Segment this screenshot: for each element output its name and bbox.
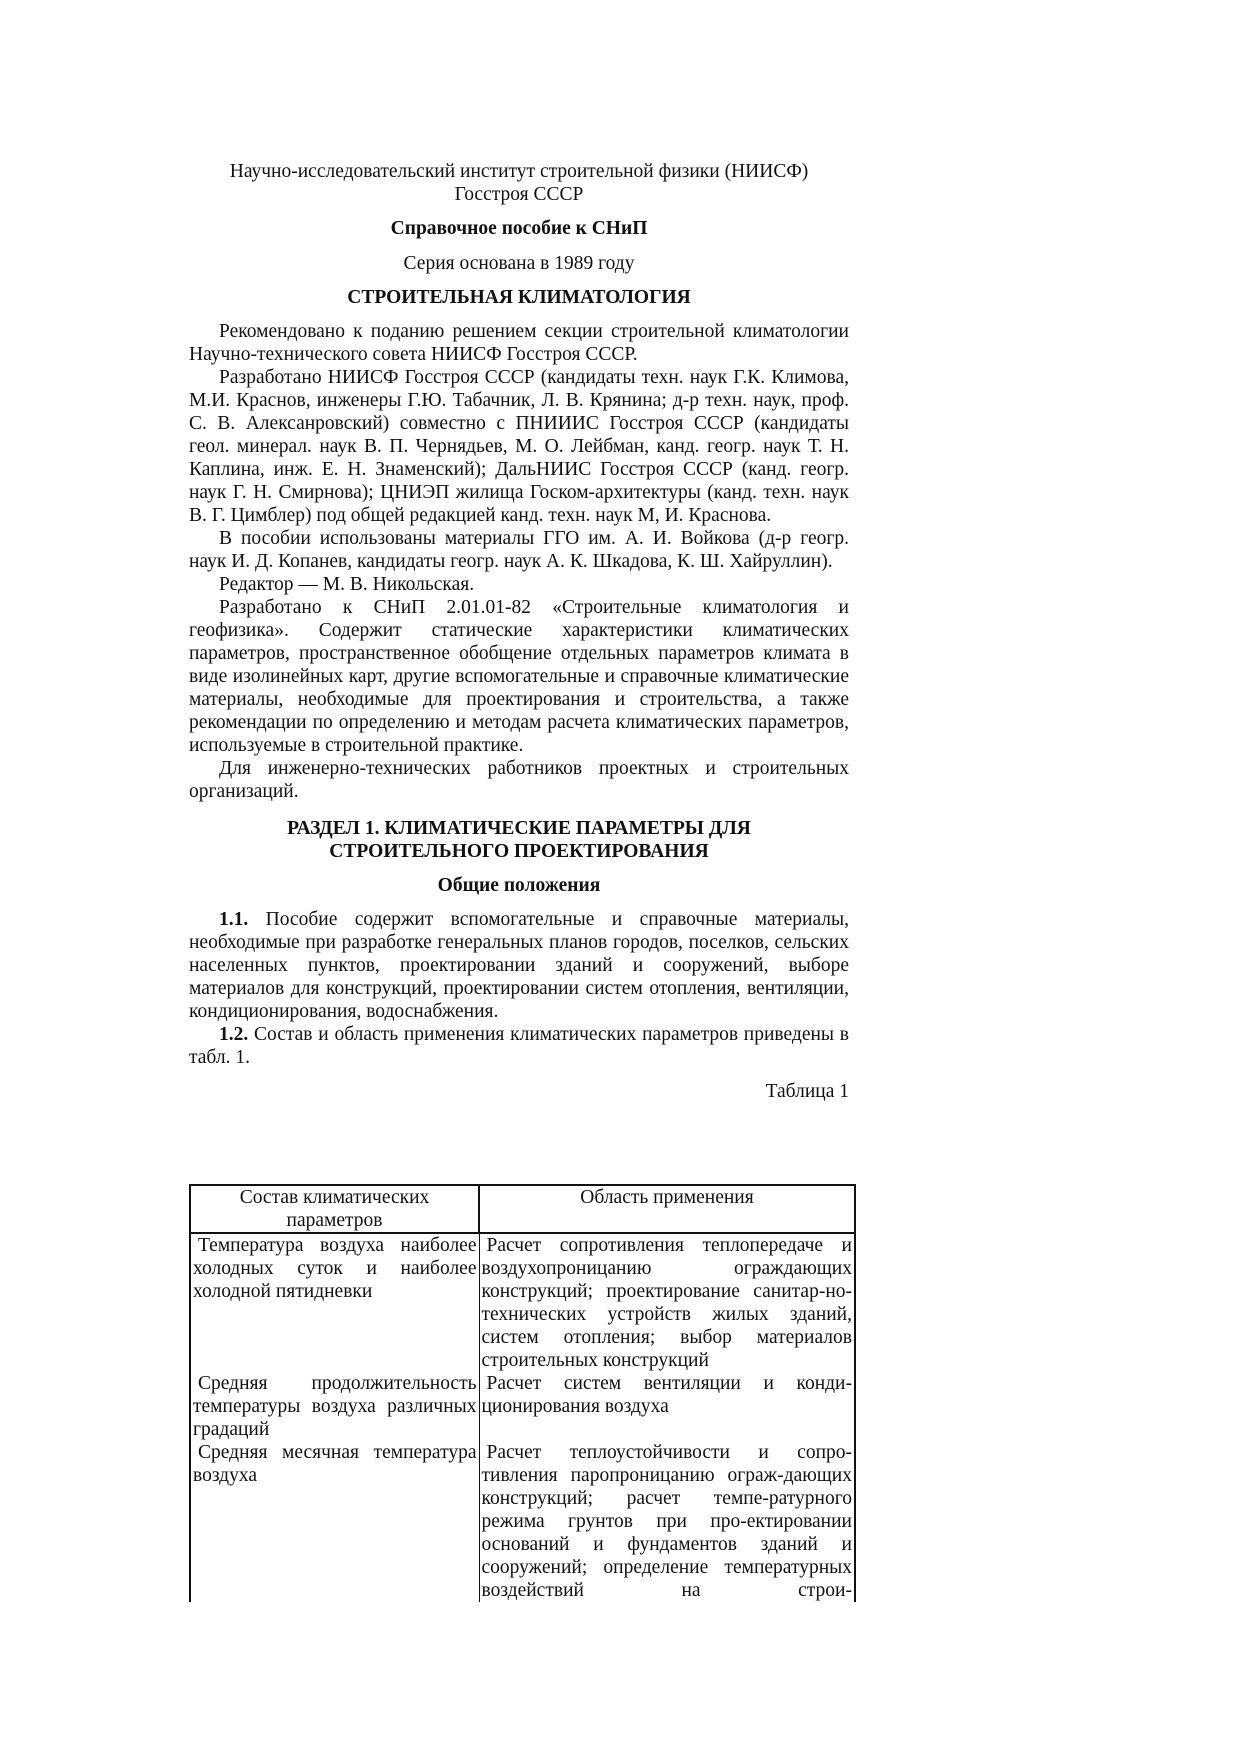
column-header-parameters: Состав климатических параметров	[190, 1185, 479, 1233]
cell-text: Средняя месячная температура воздуха	[193, 1442, 477, 1486]
point-paragraph: 1.2. Состав и область применения климати…	[189, 1023, 849, 1069]
table-row: Температура воздуха наиболее холодных су…	[190, 1233, 855, 1372]
manual-title: Справочное пособие к СНиП	[189, 217, 849, 240]
cell-text: Расчет сопротивления теплопередаче и воз…	[482, 1235, 853, 1371]
cell-text: Расчет систем вентиляции и конди-циониро…	[482, 1373, 853, 1417]
series-note: Серия основана в 1989 году	[189, 252, 849, 275]
column-header-application: Область применения	[479, 1185, 855, 1233]
table-cell-parameter: Средняя продолжительность температуры во…	[190, 1372, 479, 1441]
point-text: Состав и область применения климатически…	[189, 1024, 849, 1068]
cell-text: Расчет теплоустойчивости и сопро-тивлени…	[482, 1442, 853, 1601]
intro-paragraph: Разработано НИИСФ Госстроя СССР (кандида…	[189, 366, 849, 527]
table-header-row: Состав климатических параметров Область …	[190, 1185, 855, 1233]
institute-name: Научно-исследовательский институт строит…	[189, 160, 849, 206]
table-cell-parameter: Температура воздуха наиболее холодных су…	[190, 1233, 479, 1372]
book-title: СТРОИТЕЛЬНАЯ КЛИМАТОЛОГИЯ	[189, 286, 849, 309]
cell-text: Температура воздуха наиболее холодных су…	[193, 1235, 477, 1302]
section-title-line-1: РАЗДЕЛ 1. КЛИМАТИЧЕСКИЕ ПАРАМЕТРЫ ДЛЯ	[189, 817, 849, 840]
intro-paragraph: Рекомендовано к поданию решением секции …	[189, 320, 849, 366]
section-subtitle: Общие положения	[189, 874, 849, 897]
section-title: РАЗДЕЛ 1. КЛИМАТИЧЕСКИЕ ПАРАМЕТРЫ ДЛЯ СТ…	[189, 817, 849, 863]
table-cell-application: Расчет теплоустойчивости и сопро-тивлени…	[479, 1441, 855, 1602]
intro-paragraph: Для инженерно-технических работников про…	[189, 757, 849, 803]
table-cell-parameter: Средняя месячная температура воздуха	[190, 1441, 479, 1602]
climate-parameters-table: Состав климатических параметров Область …	[189, 1184, 856, 1602]
point-text: Пособие содержит вспомогательные и справ…	[189, 909, 849, 1022]
document-page: Научно-исследовательский институт строит…	[189, 160, 849, 1103]
intro-paragraph: Редактор — М. В. Никольская.	[189, 573, 849, 596]
intro-block: Рекомендовано к поданию решением секции …	[189, 320, 849, 803]
table-caption: Таблица 1	[189, 1080, 849, 1103]
points-block: 1.1. Пособие содержит вспомогательные и …	[189, 908, 849, 1069]
table-cell-application: Расчет систем вентиляции и конди-циониро…	[479, 1372, 855, 1441]
table-cell-application: Расчет сопротивления теплопередаче и воз…	[479, 1233, 855, 1372]
institute-line-1: Научно-исследовательский институт строит…	[189, 160, 849, 183]
table-row: Средняя месячная температура воздуха Рас…	[190, 1441, 855, 1602]
institute-line-2: Госстроя СССР	[189, 183, 849, 206]
cell-text: Средняя продолжительность температуры во…	[193, 1373, 477, 1440]
table-row: Средняя продолжительность температуры во…	[190, 1372, 855, 1441]
section-title-line-2: СТРОИТЕЛЬНОГО ПРОЕКТИРОВАНИЯ	[189, 840, 849, 863]
point-paragraph: 1.1. Пособие содержит вспомогательные и …	[189, 908, 849, 1023]
intro-paragraph: В пособии использованы материалы ГГО им.…	[189, 527, 849, 573]
intro-paragraph: Разработано к СНиП 2.01.01-82 «Строитель…	[189, 596, 849, 757]
point-number: 1.2.	[219, 1024, 248, 1045]
point-number: 1.1.	[219, 909, 248, 930]
